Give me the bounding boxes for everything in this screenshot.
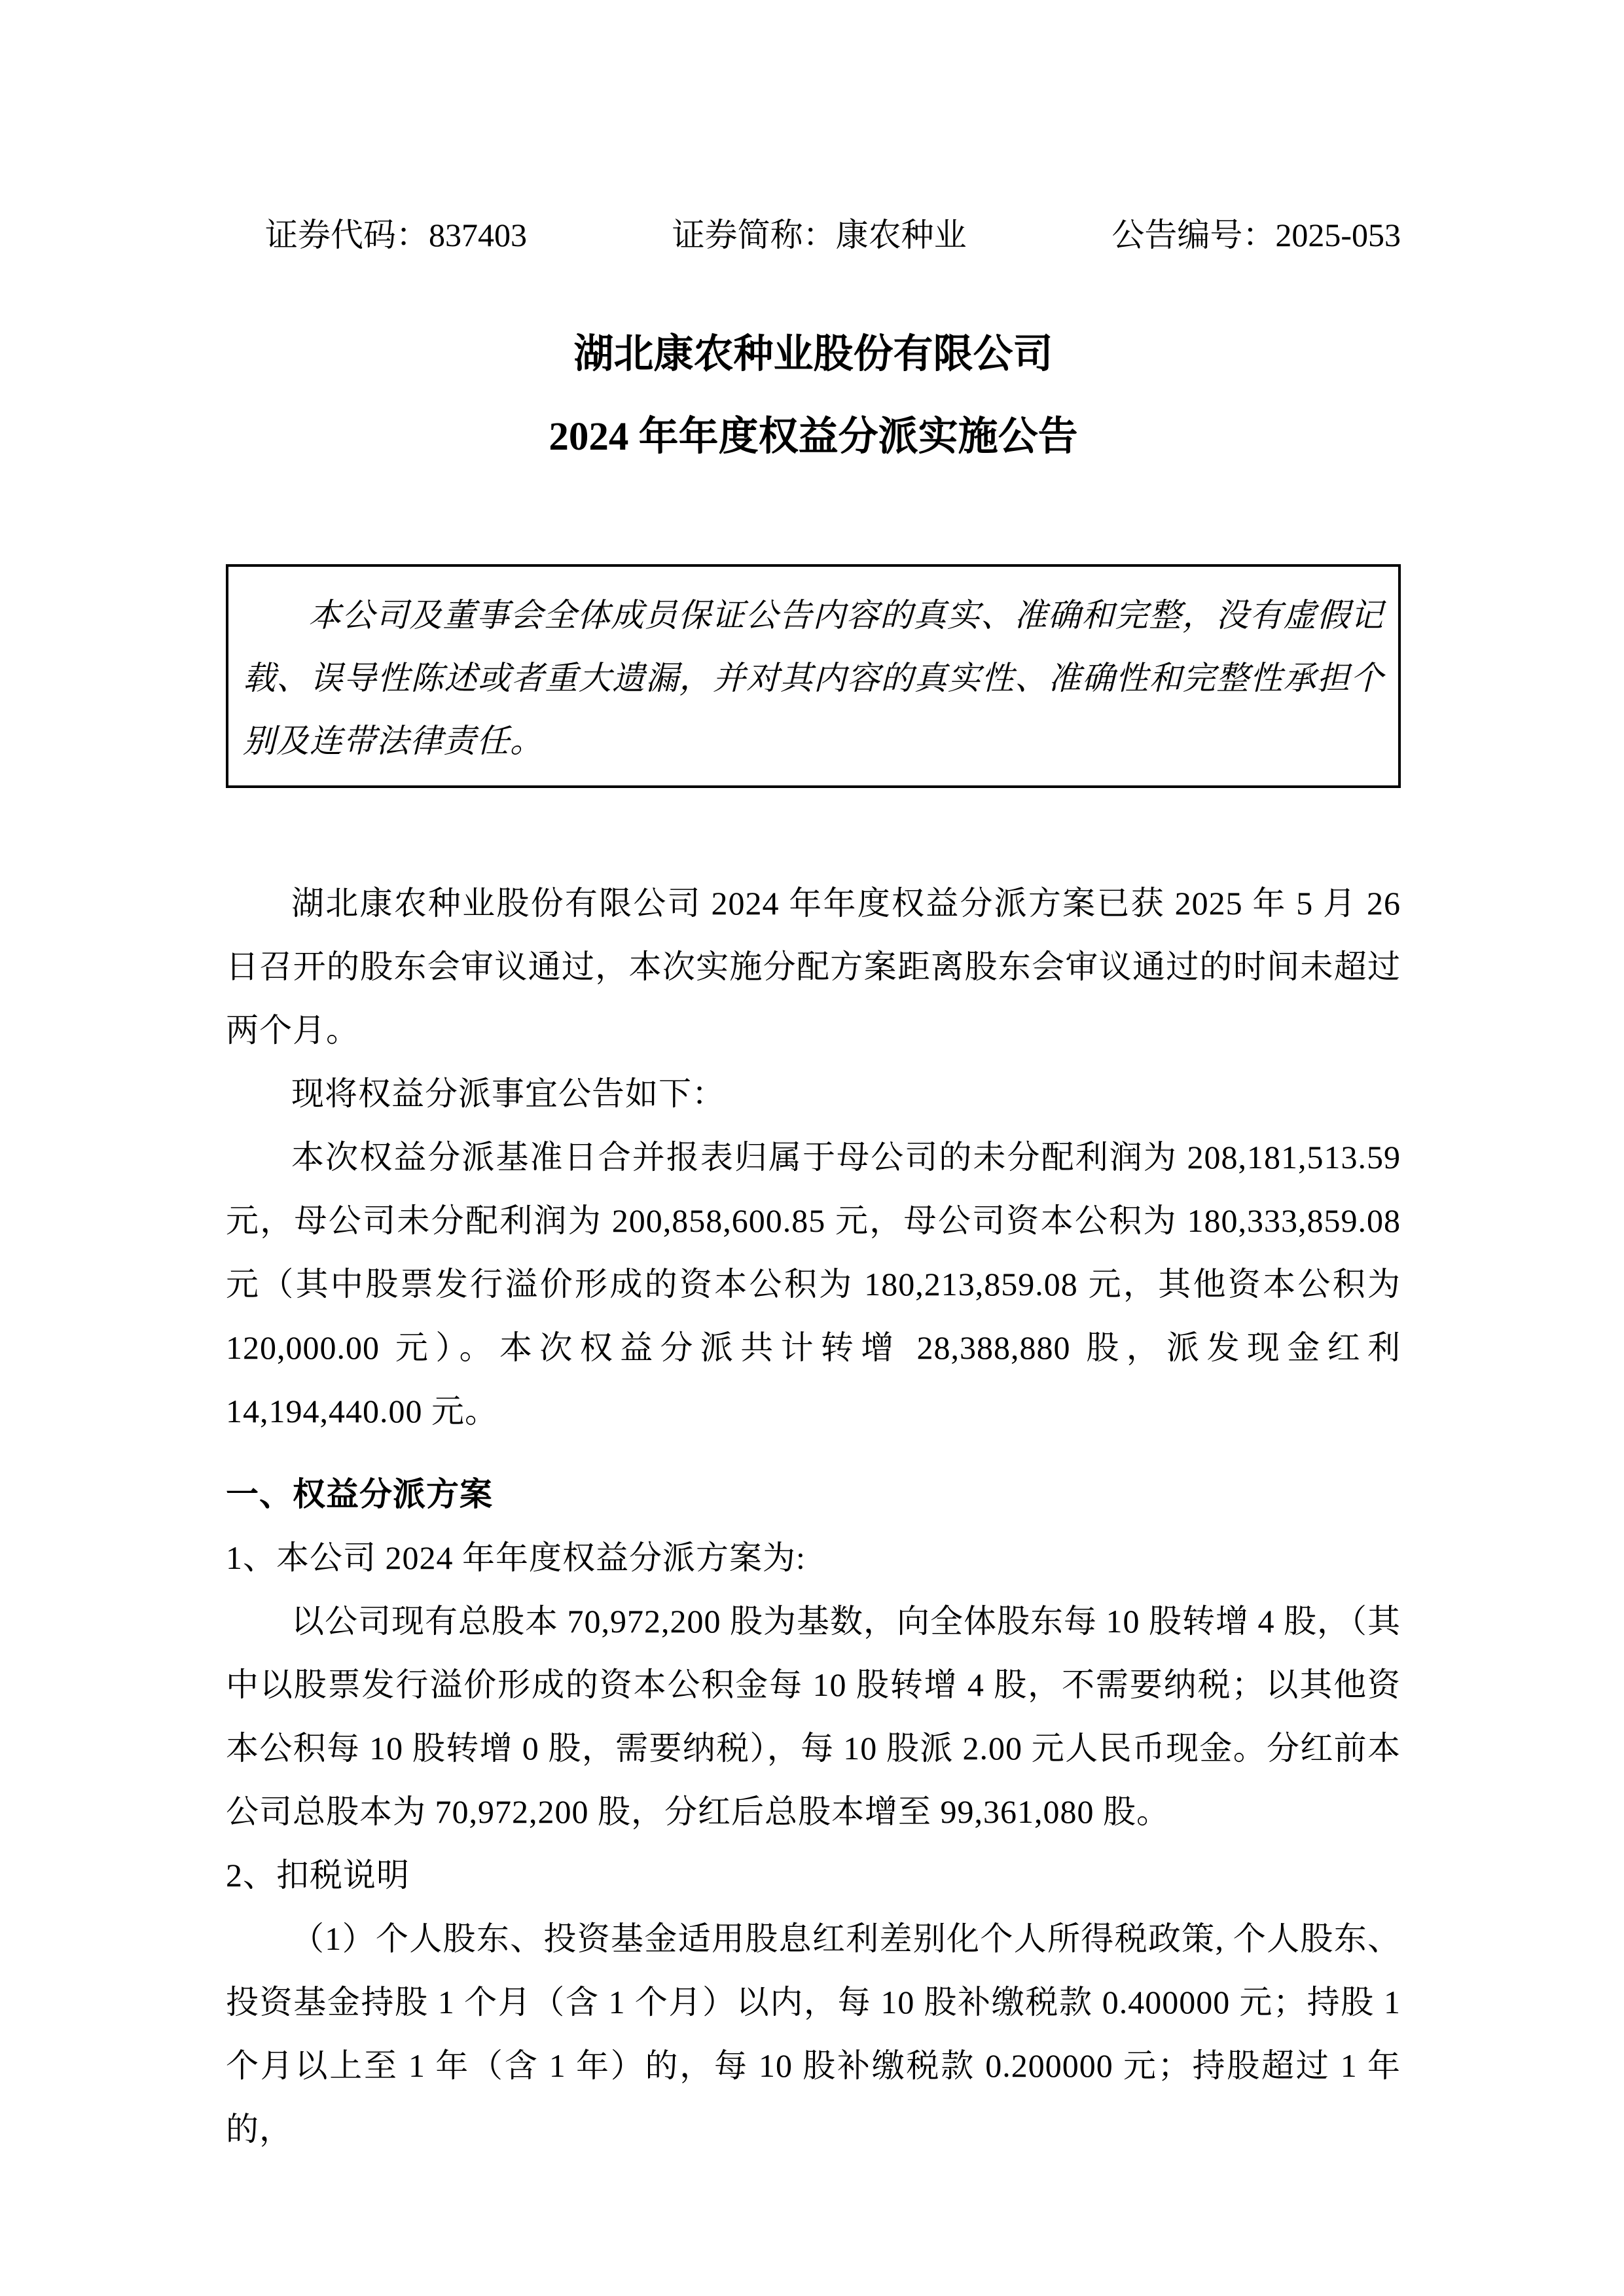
- stock-short-name-label: 证券简称：康农种业: [672, 215, 967, 255]
- paragraph-tax-details: （1）个人股东、投资基金适用股息红利差别化个人所得税政策, 个人股东、投资基金持…: [226, 1907, 1401, 2161]
- company-name-title: 湖北康农种业股份有限公司: [226, 332, 1401, 377]
- document-header: 证券代码：837403 证券简称：康农种业 公告编号：2025-053: [226, 215, 1401, 255]
- document-body: 湖北康农种业股份有限公司 2024 年年度权益分派方案已获 2025 年 5 月…: [226, 872, 1401, 2161]
- page-content: 证券代码：837403 证券简称：康农种业 公告编号：2025-053 湖北康农…: [226, 0, 1401, 2161]
- announcement-page: 证券代码：837403 证券简称：康农种业 公告编号：2025-053 湖北康农…: [0, 0, 1624, 2296]
- paragraph-approval: 湖北康农种业股份有限公司 2024 年年度权益分派方案已获 2025 年 5 月…: [226, 872, 1401, 1062]
- announcement-number-label: 公告编号：2025-053: [1111, 215, 1401, 255]
- paragraph-item2-tax-label: 2、扣税说明: [226, 1844, 1401, 1907]
- paragraph-plan-details: 以公司现有总股本 70,972,200 股为基数，向全体股东每 10 股转增 4…: [226, 1590, 1401, 1844]
- stock-code-label: 证券代码：837403: [265, 215, 527, 255]
- disclaimer-text: 本公司及董事会全体成员保证公告内容的真实、准确和完整，没有虚假记载、误导性陈述或…: [243, 584, 1384, 772]
- paragraph-item1-plan-label: 1、本公司 2024 年年度权益分派方案为:: [226, 1526, 1401, 1590]
- section-heading-distribution-plan: 一、权益分派方案: [226, 1463, 1401, 1526]
- paragraph-profit-figures: 本次权益分派基准日合并报表归属于母公司的未分配利润为 208,181,513.5…: [226, 1126, 1401, 1443]
- disclaimer-box: 本公司及董事会全体成员保证公告内容的真实、准确和完整，没有虚假记载、误导性陈述或…: [226, 564, 1401, 788]
- paragraph-intro: 现将权益分派事宜公告如下：: [226, 1062, 1401, 1126]
- announcement-title: 2024 年年度权益分派实施公告: [226, 415, 1401, 459]
